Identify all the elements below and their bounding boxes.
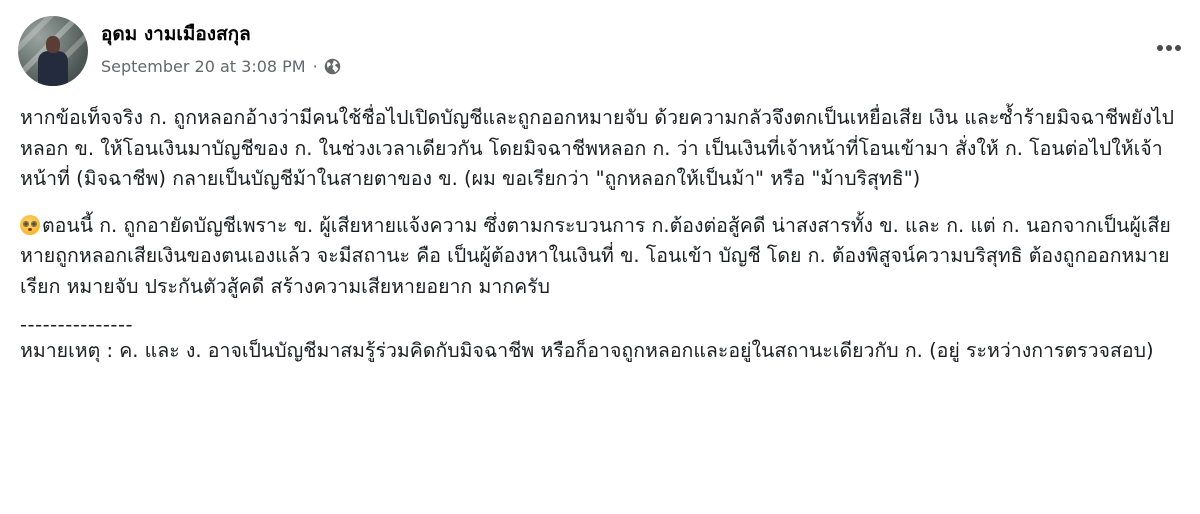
post-paragraph-1: หากข้อเท็จจริง ก. ถูกหลอกอ้างว่ามีคนใช้ช… xyxy=(20,103,1200,195)
author-name[interactable]: อุดม งามเมืองสกุล xyxy=(101,19,251,49)
post-header: อุดม งามเมืองสกุล September 20 at 3:08 P… xyxy=(0,0,1200,95)
avatar-person-head xyxy=(46,36,60,53)
post-note: หมายเหตุ : ค. และ ง. อาจเป็นบัญชีมาสมรู้… xyxy=(20,336,1200,367)
globe-icon[interactable] xyxy=(324,58,341,75)
post-paragraph-2-text: ตอนนี้ ก. ถูกอายัดบัญชีเพราะ ข. ผู้เสียห… xyxy=(20,214,1171,298)
avatar-person-body xyxy=(38,51,68,86)
meta-separator: · xyxy=(313,57,318,76)
flushed-face-emoji-icon xyxy=(20,215,40,235)
more-options-icon-dot xyxy=(1157,45,1163,51)
text-divider: --------------- xyxy=(20,314,1200,336)
more-options-icon-dot xyxy=(1166,45,1172,51)
post-meta: September 20 at 3:08 PM · xyxy=(101,57,341,76)
avatar[interactable] xyxy=(18,16,88,86)
post-paragraph-2: ตอนนี้ ก. ถูกอายัดบัญชีเพราะ ข. ผู้เสียห… xyxy=(20,211,1200,303)
facebook-post: อุดม งามเมืองสกุล September 20 at 3:08 P… xyxy=(0,0,1200,514)
more-options-button[interactable] xyxy=(1152,38,1186,58)
more-options-icon-dot xyxy=(1175,45,1181,51)
post-body: หากข้อเท็จจริง ก. ถูกหลอกอ้างว่ามีคนใช้ช… xyxy=(20,103,1200,367)
post-timestamp[interactable]: September 20 at 3:08 PM xyxy=(101,57,306,76)
